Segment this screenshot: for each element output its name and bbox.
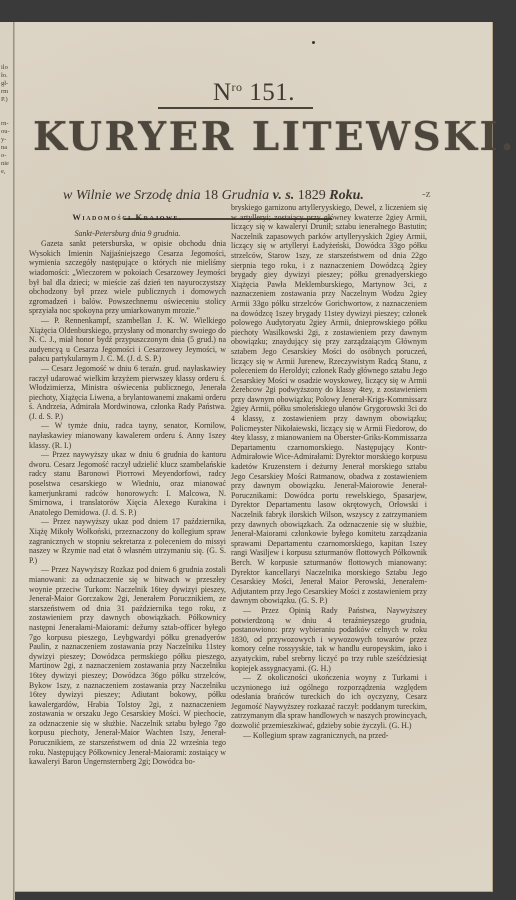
- issue-number-prefix: N: [213, 79, 232, 106]
- article-paragraph: bryskiego garnizonu artylleryyskiego, De…: [231, 203, 427, 606]
- article-paragraph: — P. Rennenkampf, szambellan J. K. W. Wi…: [29, 316, 226, 364]
- prev-page-fragment: o-: [1, 152, 13, 159]
- prev-page-fragment: ilo: [1, 64, 13, 71]
- prev-page-fragment: rm: [1, 88, 13, 95]
- prev-page-fragment: e,: [1, 168, 13, 175]
- dateline-year: 1829: [294, 188, 329, 203]
- article-paragraph: — Z okoliczności ukończenia woyny z Turk…: [231, 673, 427, 731]
- prev-page-fragment: y-: [1, 136, 13, 143]
- issue-dateline: w Wilnie we Srzodę dnia 18 Grudnia v. s.…: [15, 188, 493, 204]
- article-paragraph: — Przez naywyższy ukaz w dniu 6 grudnia …: [29, 450, 226, 517]
- prev-page-fragment: na: [1, 144, 13, 151]
- previous-page-edge: ilo ło. gł- rm P.) rn- ou- y- na o- nie …: [0, 22, 13, 900]
- article-paragraph: Gazeta sankt petersburska, w opisie obch…: [29, 239, 226, 316]
- dateline-place: w Wilnie we Srzodę dnia: [63, 188, 204, 203]
- header-rule-top: [158, 107, 313, 109]
- dateline-month: Grudnia: [218, 188, 272, 203]
- article-dateline: Sankt-Petersburg dnia 9 grudnia.: [29, 229, 226, 239]
- section-heading: Wiadomości Krajowe.: [29, 213, 226, 223]
- left-column: Wiadomości Krajowe. Sankt-Petersburg dni…: [29, 203, 226, 767]
- ink-speck: [312, 41, 315, 44]
- article-paragraph: — Cesarz Jegomość w dniu 6 teraźn. grud.…: [29, 364, 226, 422]
- article-paragraph: — Przez Opinią Rady Państwa, Naywyższey …: [231, 606, 427, 673]
- article-paragraph: — W tymże dniu, radca tayny, senator, Ko…: [29, 421, 226, 450]
- dateline-calendar-style: v. s.: [273, 188, 295, 203]
- right-column: bryskiego garnizonu artylleryyskiego, De…: [231, 203, 427, 740]
- article-paragraph: — Przez Naywyższy Rozkaz pod dniem 6 gru…: [29, 565, 226, 766]
- prev-page-fragment: ou-: [1, 128, 13, 135]
- issue-number-sup: ro: [232, 80, 243, 94]
- prev-page-fragment: ło.: [1, 72, 13, 79]
- prev-page-fragment: nie: [1, 160, 13, 167]
- prev-page-fragment: P.): [1, 96, 13, 103]
- issue-number-value: 151.: [249, 79, 295, 106]
- prev-page-fragment: gł-: [1, 80, 13, 87]
- dateline-day: 18: [204, 188, 218, 203]
- issue-number: Nro 151.: [15, 79, 493, 107]
- article-paragraph: — Przez naywyższy ukaz pod dniem 17 paźd…: [29, 517, 226, 565]
- article-paragraph: — Kollegium spraw zagranicznych, na prze…: [231, 731, 427, 741]
- masthead-title: KURYER LITEWSKI.: [33, 114, 483, 160]
- dateline-roku: Roku.: [329, 188, 364, 203]
- prev-page-fragment: rn-: [1, 120, 13, 127]
- margin-mark: -z: [422, 188, 431, 200]
